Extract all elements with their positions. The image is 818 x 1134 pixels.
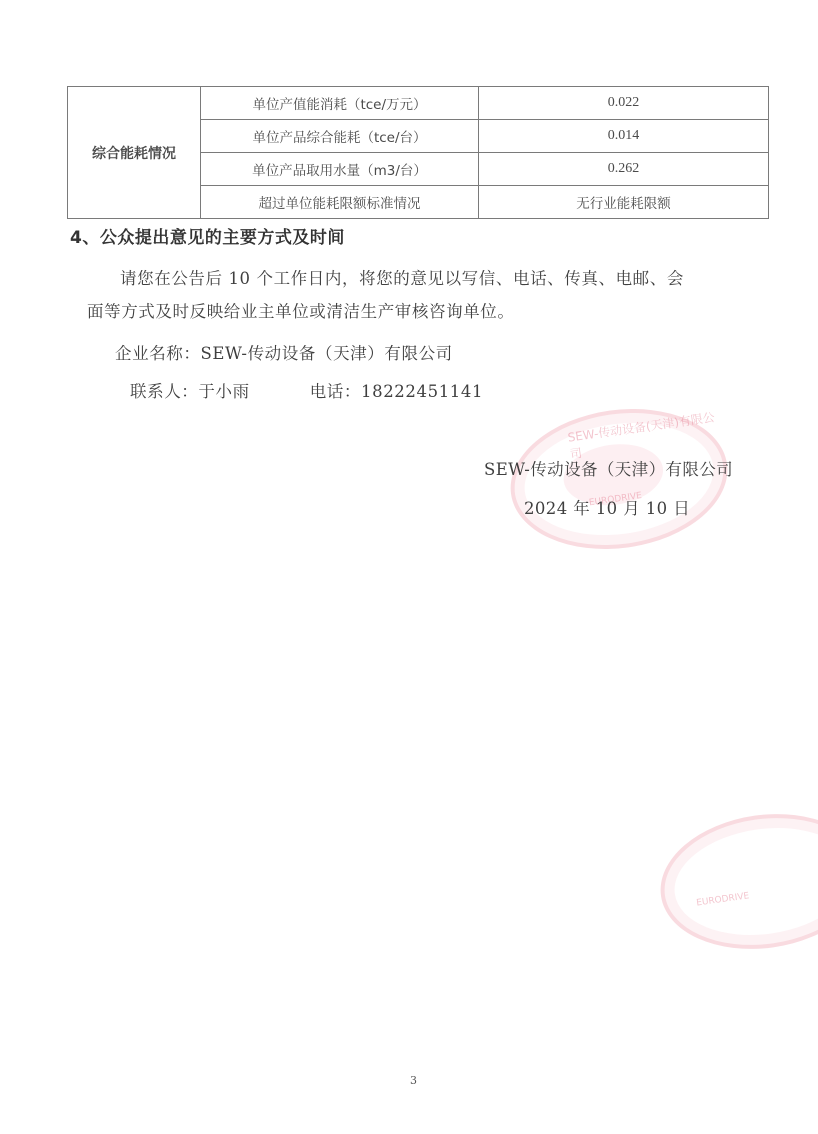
value-cell: 无行业能耗限额 bbox=[479, 186, 769, 219]
energy-consumption-table: 综合能耗情况 单位产值能消耗（tce/万元） 0.022 单位产品综合能耗（tc… bbox=[67, 86, 769, 219]
table-row: 综合能耗情况 单位产值能消耗（tce/万元） 0.022 bbox=[68, 87, 769, 120]
paragraph-line: 面等方式及时反映给业主单位或清洁生产审核咨询单位。 bbox=[87, 298, 515, 322]
category-cell: 综合能耗情况 bbox=[68, 87, 201, 219]
item-cell: 单位产品取用水量（m3/台） bbox=[201, 153, 479, 186]
page-number: 3 bbox=[410, 1074, 417, 1087]
contact-person: 联系人：于小雨 bbox=[130, 382, 250, 401]
item-cell: 单位产值能消耗（tce/万元） bbox=[201, 87, 479, 120]
value-cell: 0.014 bbox=[479, 120, 769, 153]
company-name: 企业名称：SEW-传动设备（天津）有限公司 bbox=[115, 340, 453, 364]
item-cell: 超过单位能耗限额标准情况 bbox=[201, 186, 479, 219]
value-cell: 0.262 bbox=[479, 153, 769, 186]
contact-phone: 电话：18222451141 bbox=[310, 382, 483, 401]
page-edge-seal-stamp: EURODRIVE bbox=[652, 801, 818, 962]
signature-date: 2024 年 10 月 10 日 bbox=[524, 495, 690, 519]
value-cell: 0.022 bbox=[479, 87, 769, 120]
contact-line: 联系人：于小雨电话：18222451141 bbox=[130, 378, 483, 402]
signature-company: SEW-传动设备（天津）有限公司 bbox=[484, 456, 733, 480]
section-heading: 4、公众提出意见的主要方式及时间 bbox=[70, 223, 345, 248]
paragraph-line: 请您在公告后 10 个工作日内，将您的意见以写信、电话、传真、电邮、会 bbox=[120, 265, 684, 289]
item-cell: 单位产品综合能耗（tce/台） bbox=[201, 120, 479, 153]
document-page: 综合能耗情况 单位产值能消耗（tce/万元） 0.022 单位产品综合能耗（tc… bbox=[0, 0, 818, 1134]
seal-logo-text: EURODRIVE bbox=[696, 891, 750, 908]
